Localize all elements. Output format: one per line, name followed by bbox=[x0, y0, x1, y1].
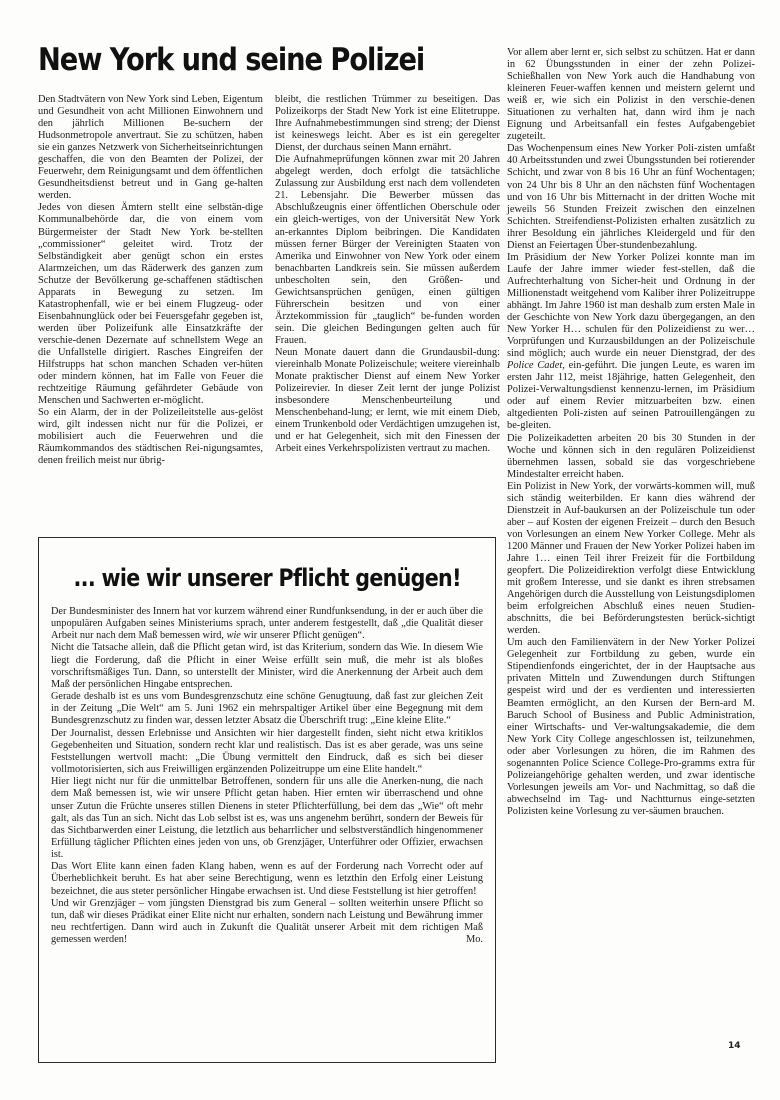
paragraph: Der Bundesminister des Innern hat vor ku… bbox=[51, 606, 483, 642]
paragraph: Gerade deshalb ist es uns vom Bundesgren… bbox=[51, 691, 483, 727]
paragraph: bleibt, die restlichen Trümmer zu beseit… bbox=[275, 94, 500, 154]
text-run: Im Präsidium der New Yorker Polizei konn… bbox=[507, 252, 755, 359]
text-run: wir unserer Pflicht genügen“. bbox=[243, 630, 364, 641]
paragraph: Und wir Grenzjäger – vom jüngsten Dienst… bbox=[51, 898, 483, 947]
paragraph: Ein Polizist in New York, der vorwärts-k… bbox=[507, 481, 755, 638]
article-headline: New York und seine Polizei bbox=[38, 42, 443, 78]
paragraph: Der Journalist, dessen Erlebnisse und An… bbox=[51, 728, 483, 777]
editorial-box: ... wie wir unserer Pflicht genügen! Der… bbox=[38, 537, 496, 1063]
paragraph: Neun Monate dauert dann die Grundausbil-… bbox=[275, 347, 500, 455]
paragraph: So ein Alarm, der in der Polizeileitstel… bbox=[38, 407, 263, 467]
article-column-3: Vor allem aber lernt er, sich selbst zu … bbox=[507, 47, 755, 818]
paragraph: Die Polizeikadetten arbeiten 20 bis 30 S… bbox=[507, 433, 755, 481]
author-signature: Mo. bbox=[466, 934, 483, 946]
paragraph: Nicht die Tatsache allein, daß die Pflic… bbox=[51, 642, 483, 691]
italic-term: Police Cadet bbox=[507, 360, 562, 371]
article-column-1: Den Stadtvätern von New York sind Leben,… bbox=[38, 94, 263, 467]
paragraph: Jedes von diesen Ämtern stellt eine selb… bbox=[38, 202, 263, 407]
article-column-2: bleibt, die restlichen Trümmer zu beseit… bbox=[275, 94, 500, 455]
paragraph: Die Aufnahmeprüfungen können zwar mit 20… bbox=[275, 154, 500, 347]
paragraph: Das Wochenpensum eines New Yorker Poli-z… bbox=[507, 143, 755, 251]
text-run: Und wir Grenzjäger – vom jüngsten Dienst… bbox=[51, 898, 483, 945]
paragraph: Vor allem aber lernt er, sich selbst zu … bbox=[507, 47, 755, 143]
paragraph: Um auch den Familienvätern in der New Yo… bbox=[507, 637, 755, 818]
paragraph: Das Wort Elite kann einen faden Klang ha… bbox=[51, 861, 483, 897]
page-number: 14 bbox=[728, 1041, 741, 1051]
magazine-page: New York und seine Polizei Den Stadtväte… bbox=[0, 0, 780, 1100]
editorial-box-title: ... wie wir unserer Pflicht genügen! bbox=[39, 563, 495, 593]
paragraph: Den Stadtvätern von New York sind Leben,… bbox=[38, 94, 263, 202]
paragraph: Hier liegt nicht nur für die unmittelbar… bbox=[51, 776, 483, 861]
paragraph: Im Präsidium der New Yorker Polizei konn… bbox=[507, 252, 755, 433]
italic-term: wie bbox=[227, 630, 241, 641]
title-text: ... wie wir unserer Pflicht genügen! bbox=[73, 563, 460, 593]
editorial-box-body: Der Bundesminister des Innern hat vor ku… bbox=[51, 606, 483, 946]
